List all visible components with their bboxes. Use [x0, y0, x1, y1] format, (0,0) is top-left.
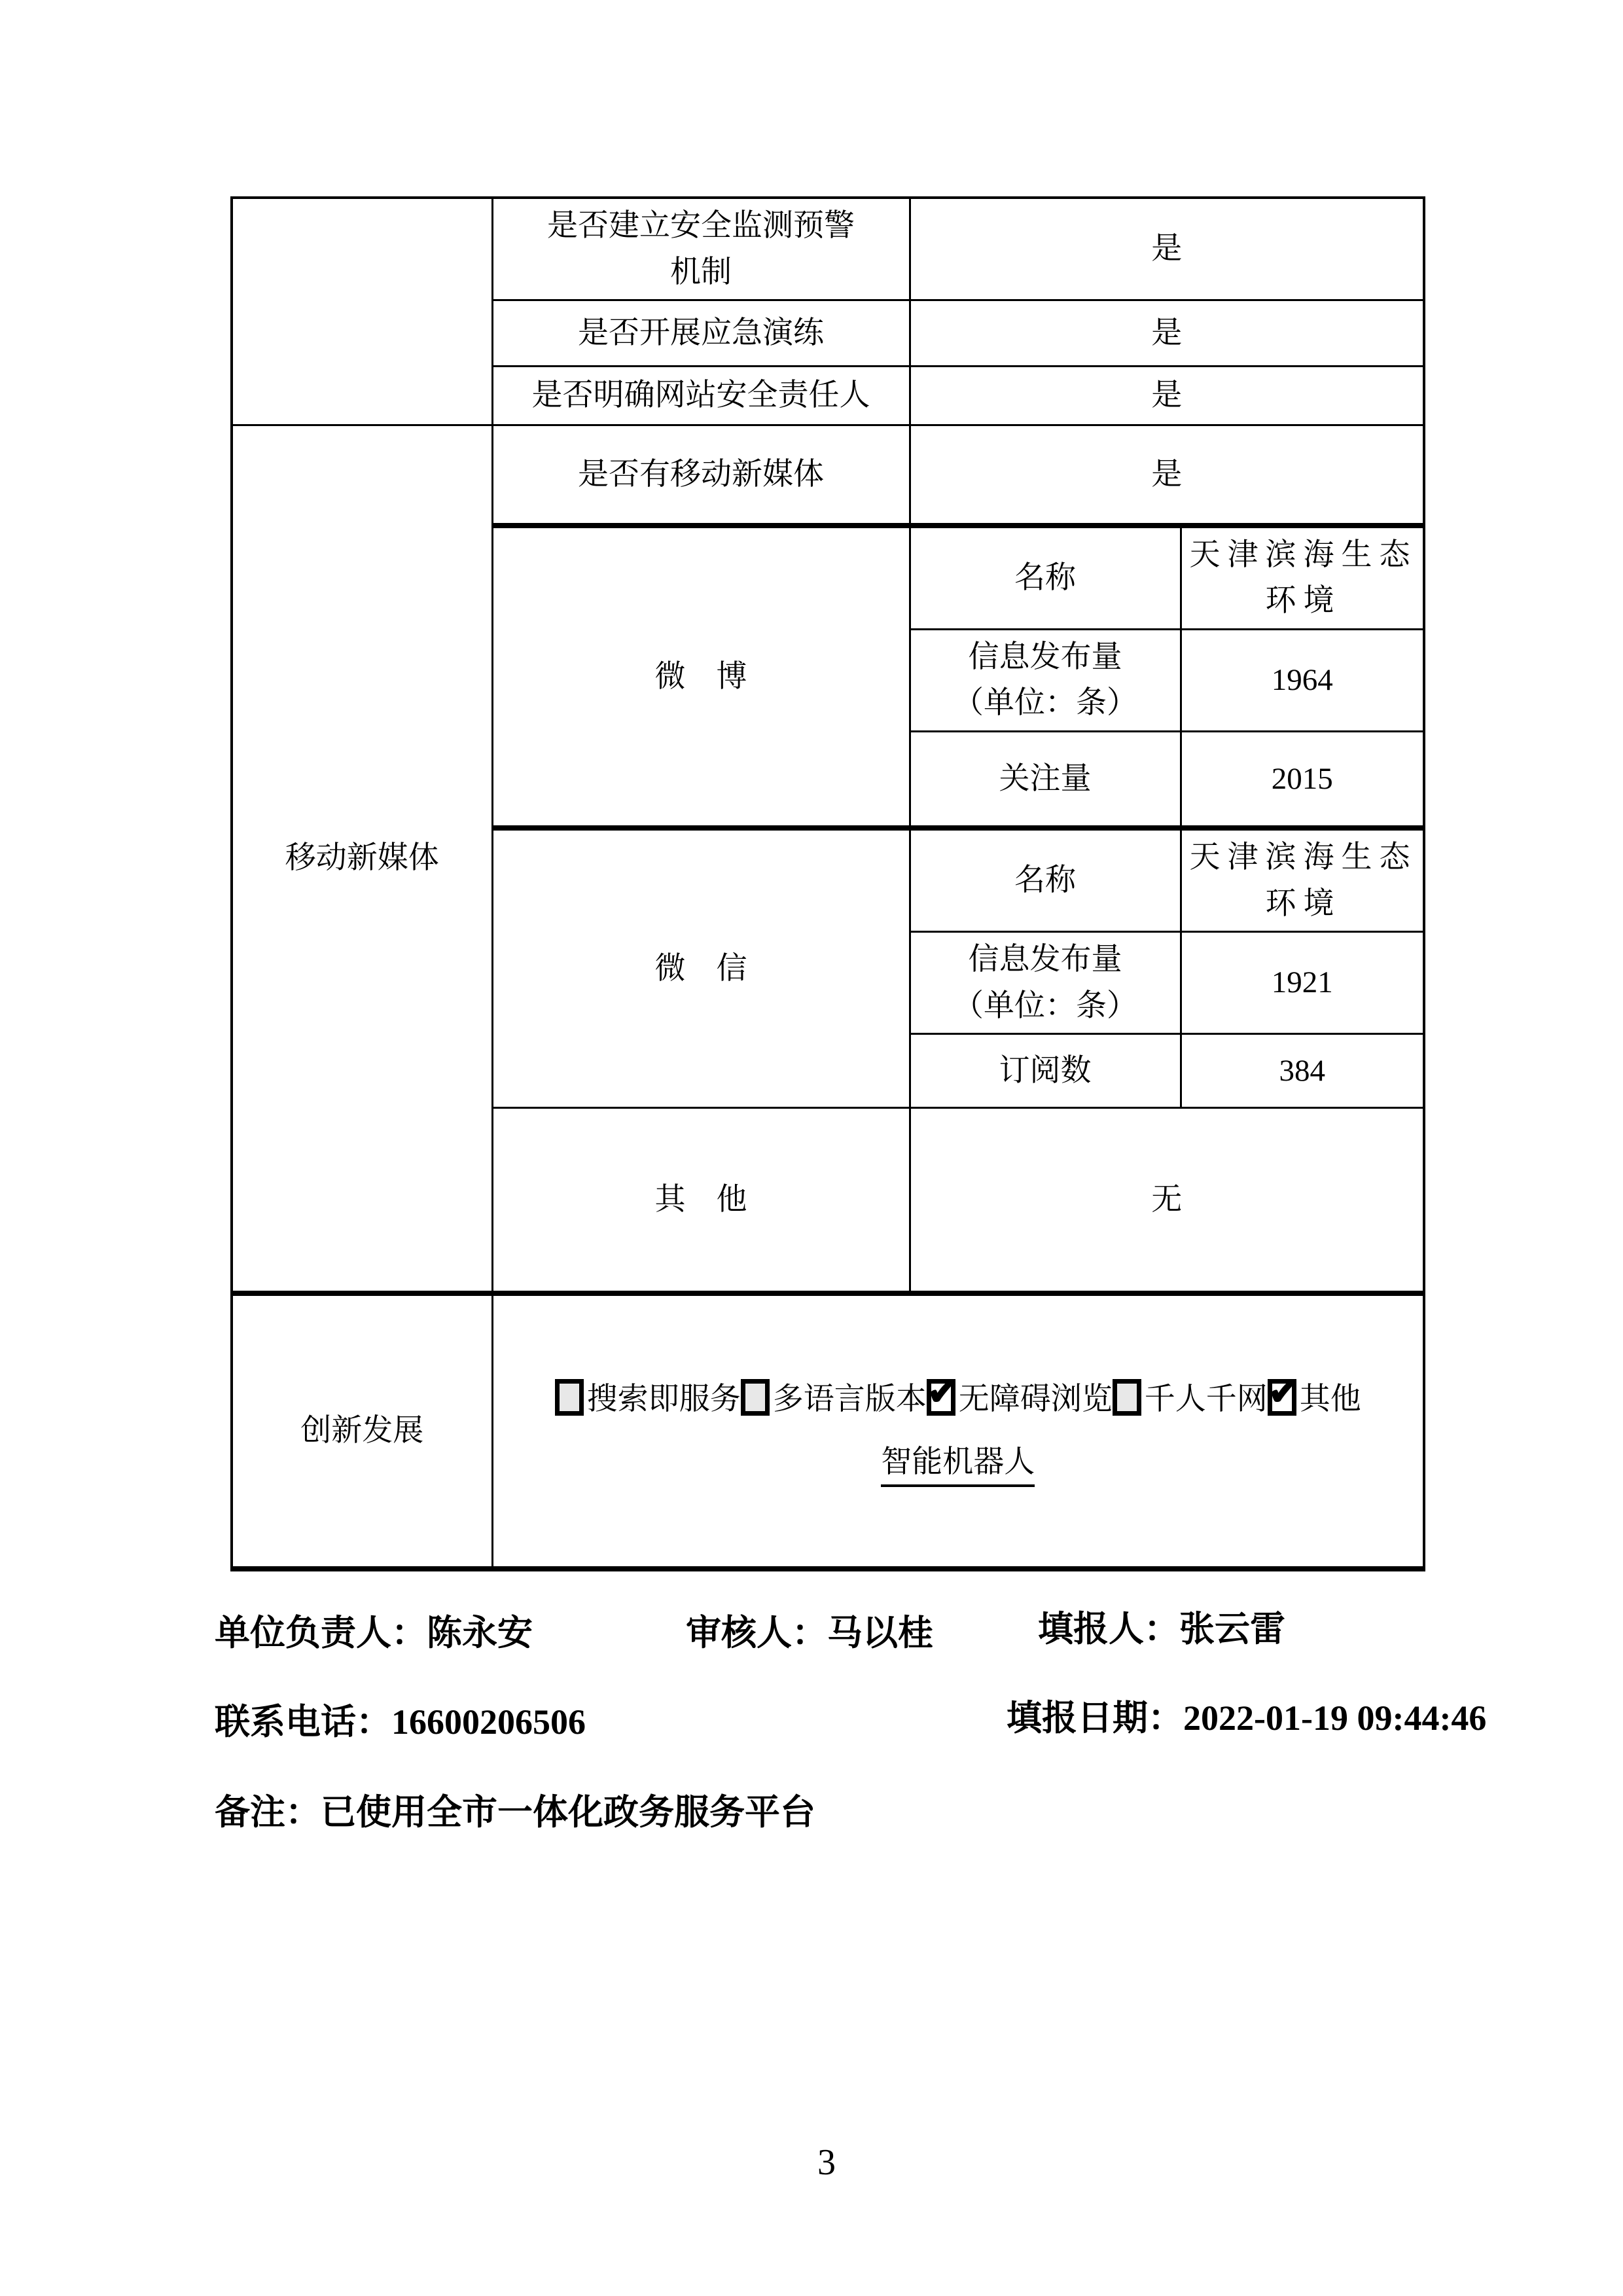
footer-contact-phone: 联系电话：16600206506: [215, 1704, 586, 1740]
question-text: 是否建立安全监测预警机制: [544, 203, 858, 295]
question-cell-monitoring-warning: 是否建立安全监测预警机制: [492, 198, 910, 300]
innovation-content-cell: 搜索即服务多语言版本无障碍浏览千人千网其他 智能机器人: [492, 1293, 1424, 1569]
value-cell-weibo-name: 天津滨海生态环境: [1181, 526, 1424, 630]
checkbox-qianren-qianwang: [1113, 1379, 1141, 1416]
section-cell-innovation: 创新发展: [232, 1293, 492, 1569]
wechat-name-value: 天津滨海生态环境: [1187, 834, 1420, 927]
question-cell-has-mobile-media: 是否有移动新媒体: [492, 425, 910, 526]
document-page: 是否建立安全监测预警机制 是 是否开展应急演练 是 是否明确网站安全责任人 是 …: [0, 0, 1623, 2296]
question-cell-security-responsible: 是否明确网站安全责任人: [492, 367, 910, 425]
other-media-label-cell: 其 他: [492, 1108, 910, 1293]
field-cell-weibo-followers: 关注量: [910, 731, 1181, 828]
field-cell-wechat-name: 名称: [910, 828, 1181, 932]
checkbox-label-multilingual-version: 多语言版本: [773, 1382, 927, 1416]
value-cell-weibo-publish: 1964: [1181, 629, 1424, 731]
report-table: 是否建立安全监测预警机制 是 是否开展应急演练 是 是否明确网站安全责任人 是 …: [230, 196, 1425, 1571]
other-media-value-cell: 无: [910, 1108, 1424, 1293]
field-cell-wechat-publish: 信息发布量（单位：条）: [910, 932, 1181, 1034]
field-cell-weibo-publish: 信息发布量（单位：条）: [910, 629, 1181, 731]
footer-reviewer: 审核人：马以桂: [686, 1615, 933, 1651]
value-cell-wechat-subscribers: 384: [1181, 1034, 1424, 1108]
table-row: 创新发展 搜索即服务多语言版本无障碍浏览千人千网其他 智能机器人: [232, 1293, 1424, 1569]
checkbox-label-qianren-qianwang: 千人千网: [1145, 1382, 1268, 1416]
answer-cell: 是: [910, 425, 1424, 526]
checkbox-accessibility-browsing: [927, 1379, 955, 1416]
value-cell-wechat-publish: 1921: [1181, 932, 1424, 1034]
checkbox-other: [1268, 1379, 1296, 1416]
weibo-label-cell: 微 博: [492, 526, 910, 829]
footer-fill-date: 填报日期：2022-01-19 09:44:46: [1007, 1700, 1486, 1736]
table-row: 移动新媒体 是否有移动新媒体 是: [232, 425, 1424, 526]
wechat-label-cell: 微 信: [492, 828, 910, 1108]
innovation-checkbox-line: 搜索即服务多语言版本无障碍浏览千人千网其他: [499, 1376, 1418, 1423]
weibo-publish-field: 信息发布量（单位：条）: [950, 634, 1141, 726]
innovation-other-detail: 智能机器人: [881, 1445, 1035, 1487]
answer-cell: 是: [910, 300, 1424, 367]
footer-responsible-person: 单位负责人：陈永安: [215, 1615, 533, 1651]
checkbox-label-other: 其他: [1300, 1382, 1361, 1416]
page-number: 3: [230, 2142, 1423, 2183]
field-cell-weibo-name: 名称: [910, 526, 1181, 630]
value-cell-weibo-followers: 2015: [1181, 731, 1424, 828]
wechat-publish-field: 信息发布量（单位：条）: [950, 937, 1141, 1029]
field-cell-wechat-subscribers: 订阅数: [910, 1034, 1181, 1108]
innovation-other-detail-line: 智能机器人: [499, 1439, 1418, 1486]
table-row: 是否建立安全监测预警机制 是: [232, 198, 1424, 300]
footer-filler: 填报人：张云雷: [1038, 1611, 1285, 1647]
question-cell-emergency-drill: 是否开展应急演练: [492, 300, 910, 367]
answer-cell: 是: [910, 198, 1424, 300]
value-cell-wechat-name: 天津滨海生态环境: [1181, 828, 1424, 932]
checkbox-multilingual-version: [741, 1379, 770, 1416]
checkbox-label-search-as-service: 搜索即服务: [587, 1382, 741, 1416]
section-cell-empty: [232, 198, 492, 425]
checkbox-search-as-service: [555, 1379, 584, 1416]
section-cell-mobile-media: 移动新媒体: [232, 425, 492, 1293]
answer-cell: 是: [910, 367, 1424, 425]
weibo-name-value: 天津滨海生态环境: [1187, 532, 1420, 624]
footer-remark: 备注：已使用全市一体化政务服务平台: [215, 1795, 815, 1830]
checkbox-label-accessibility-browsing: 无障碍浏览: [959, 1382, 1113, 1416]
